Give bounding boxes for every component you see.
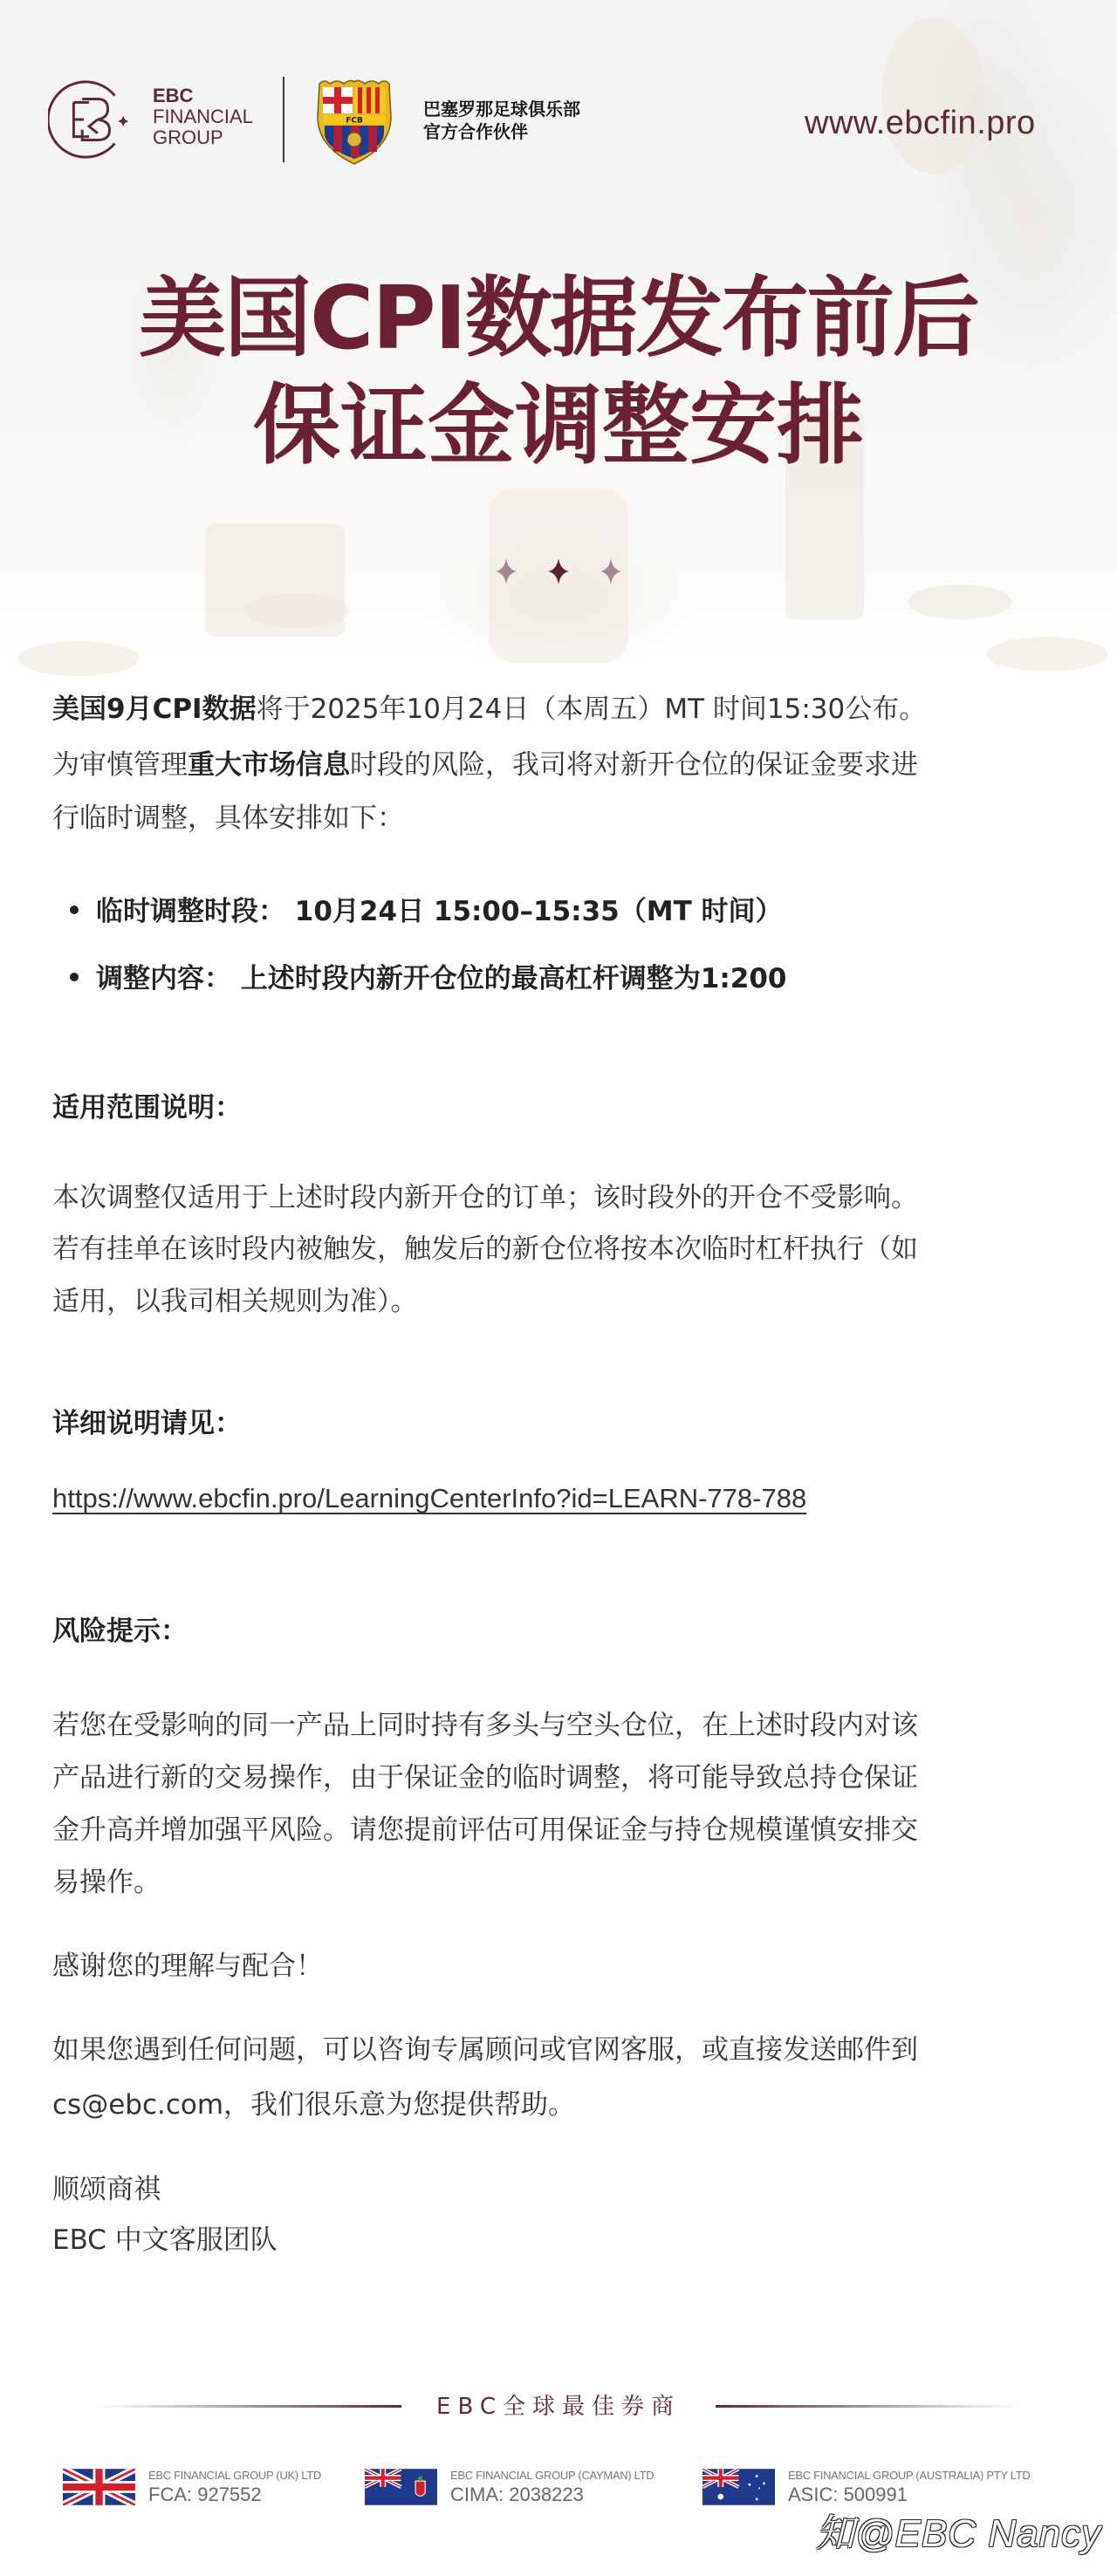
bullet-adjustment-period: 临时调整时段： 10月24日 15:00–15:35（MT 时间） [70, 894, 783, 929]
bullet-value: 上述时段内新开仓位的最高杠杆调整为1:200 [241, 963, 787, 994]
page-title-line-2: 保证金调整安排 [0, 373, 1117, 478]
regulator-license: FCA: 927552 [148, 2484, 262, 2506]
scope-line: 本次调整仅适用于上述时段内新开仓的订单；该时段外的开仓不受影响。 [52, 1180, 1073, 1215]
signoff-greeting: 顺颂商祺 [52, 2172, 1073, 2207]
sparkle-divider-icon [489, 553, 628, 590]
coin-decoration [881, 17, 986, 174]
bullet-adjustment-content: 调整内容： 上述时段内新开仓位的最高杠杆调整为1:200 [70, 961, 786, 996]
australia-flag-icon [702, 2469, 775, 2505]
coin-decoration [244, 593, 349, 628]
brand-name: EBC FINANCIAL GROUP [153, 85, 253, 148]
regulator-cayman: EBC FINANCIAL GROUP (CAYMAN) LTD CIMA: 2… [365, 2469, 679, 2507]
uk-flag-icon [63, 2469, 135, 2505]
intro-line-2: 为审慎管理重大市场信息时段的风险，我司将对新开仓位的保证金要求进 [52, 748, 1073, 782]
coin-decoration [908, 584, 1012, 619]
details-heading: 详细说明请见： [52, 1406, 242, 1441]
brand-line-group: GROUP [153, 127, 253, 148]
risk-line: 金升高并增加强平风险。请您提前评估可用保证金与持仓规模谨慎安排交 [52, 1813, 1073, 1848]
contact-line-email: cs@ebc.com，我们很乐意为您提供帮助。 [52, 2087, 1073, 2122]
brand-line-ebc: EBC [153, 85, 253, 106]
partner-label: 巴塞罗那足球俱乐部 官方合作伙伴 [423, 98, 580, 143]
learning-center-link[interactable]: https://www.ebcfin.pro/LearningCenterInf… [52, 1481, 806, 1516]
coin-decoration [17, 641, 140, 676]
brand-line-financial: FINANCIAL [153, 106, 253, 127]
partner-line-2: 官方合作伙伴 [423, 120, 580, 143]
intro-line-1: 美国9月CPI数据将于2025年10月24日（本周五）MT 时间15:30公布。 [52, 692, 1073, 727]
risk-line: 易操作。 [52, 1865, 1073, 1900]
intro-line-1-text: 将于2025年10月24日（本周五）MT 时间15:30公布。 [257, 694, 927, 725]
regulator-entity: EBC FINANCIAL GROUP (CAYMAN) LTD [450, 2469, 654, 2482]
partner-line-1: 巴塞罗那足球俱乐部 [423, 98, 580, 120]
risk-line: 若您在受影响的同一产品上同时持有多头与空头仓位，在上述时段内对该 [52, 1708, 1073, 1743]
intro-line-2-post: 时段的风险，我司将对新开仓位的保证金要求进 [350, 749, 918, 781]
contact-line: 如果您遇到任何问题，可以咨询专属顾问或官网客服，或直接发送邮件到 [52, 2033, 1073, 2067]
intro-bold-market-info: 重大市场信息 [188, 749, 350, 781]
fcb-crest-icon: FCB [314, 79, 394, 166]
svg-text:FCB: FCB [346, 117, 363, 126]
bullet-dot-icon [70, 905, 79, 914]
bullet-dot-icon [70, 973, 79, 981]
scope-line: 若有挂单在该时段内被触发，触发后的新仓位将按本次临时杠杆执行（如 [52, 1232, 1073, 1267]
bullet-label: 临时调整时段： [96, 896, 285, 927]
intro-bold-cpi: 美国9月CPI数据 [52, 694, 257, 725]
page-title-line-1: 美国CPI数据发布前后 [0, 266, 1117, 371]
ebc-logo-icon [48, 77, 134, 162]
site-url[interactable]: www.ebcfin.pro [805, 105, 1036, 142]
regulator-uk: EBC FINANCIAL GROUP (UK) LTD FCA: 927552 [63, 2469, 351, 2507]
regulator-license: CIMA: 2038223 [450, 2484, 584, 2506]
intro-line-3: 行临时调整，具体安排如下： [52, 801, 1073, 836]
coin-decoration [986, 637, 1108, 672]
intro-line-2-pre: 为审慎管理 [52, 749, 188, 781]
scope-heading: 适用范围说明： [52, 1090, 242, 1125]
regulator-entity: EBC FINANCIAL GROUP (AUSTRALIA) PTY LTD [788, 2469, 1031, 2482]
bullet-label: 调整内容： [96, 963, 231, 994]
thanks-text: 感谢您的理解与配合！ [52, 1949, 1073, 1984]
signoff-team: EBC 中文客服团队 [52, 2223, 1073, 2258]
risk-heading: 风险提示： [52, 1614, 188, 1649]
regulator-entity: EBC FINANCIAL GROUP (UK) LTD [148, 2469, 321, 2482]
header-divider [283, 77, 284, 162]
zhihu-watermark: 知@EBC Nancy [816, 2502, 1101, 2558]
risk-line: 产品进行新的交易操作，由于保证金的临时调整，将可能导致总持仓保证 [52, 1760, 1073, 1795]
bullet-value: 10月24日 15:00–15:35（MT 时间） [295, 896, 783, 927]
footer-divider-right [716, 2405, 1021, 2408]
cayman-flag-icon [365, 2469, 437, 2505]
scope-line: 适用，以我司相关规则为准）。 [52, 1284, 1073, 1319]
